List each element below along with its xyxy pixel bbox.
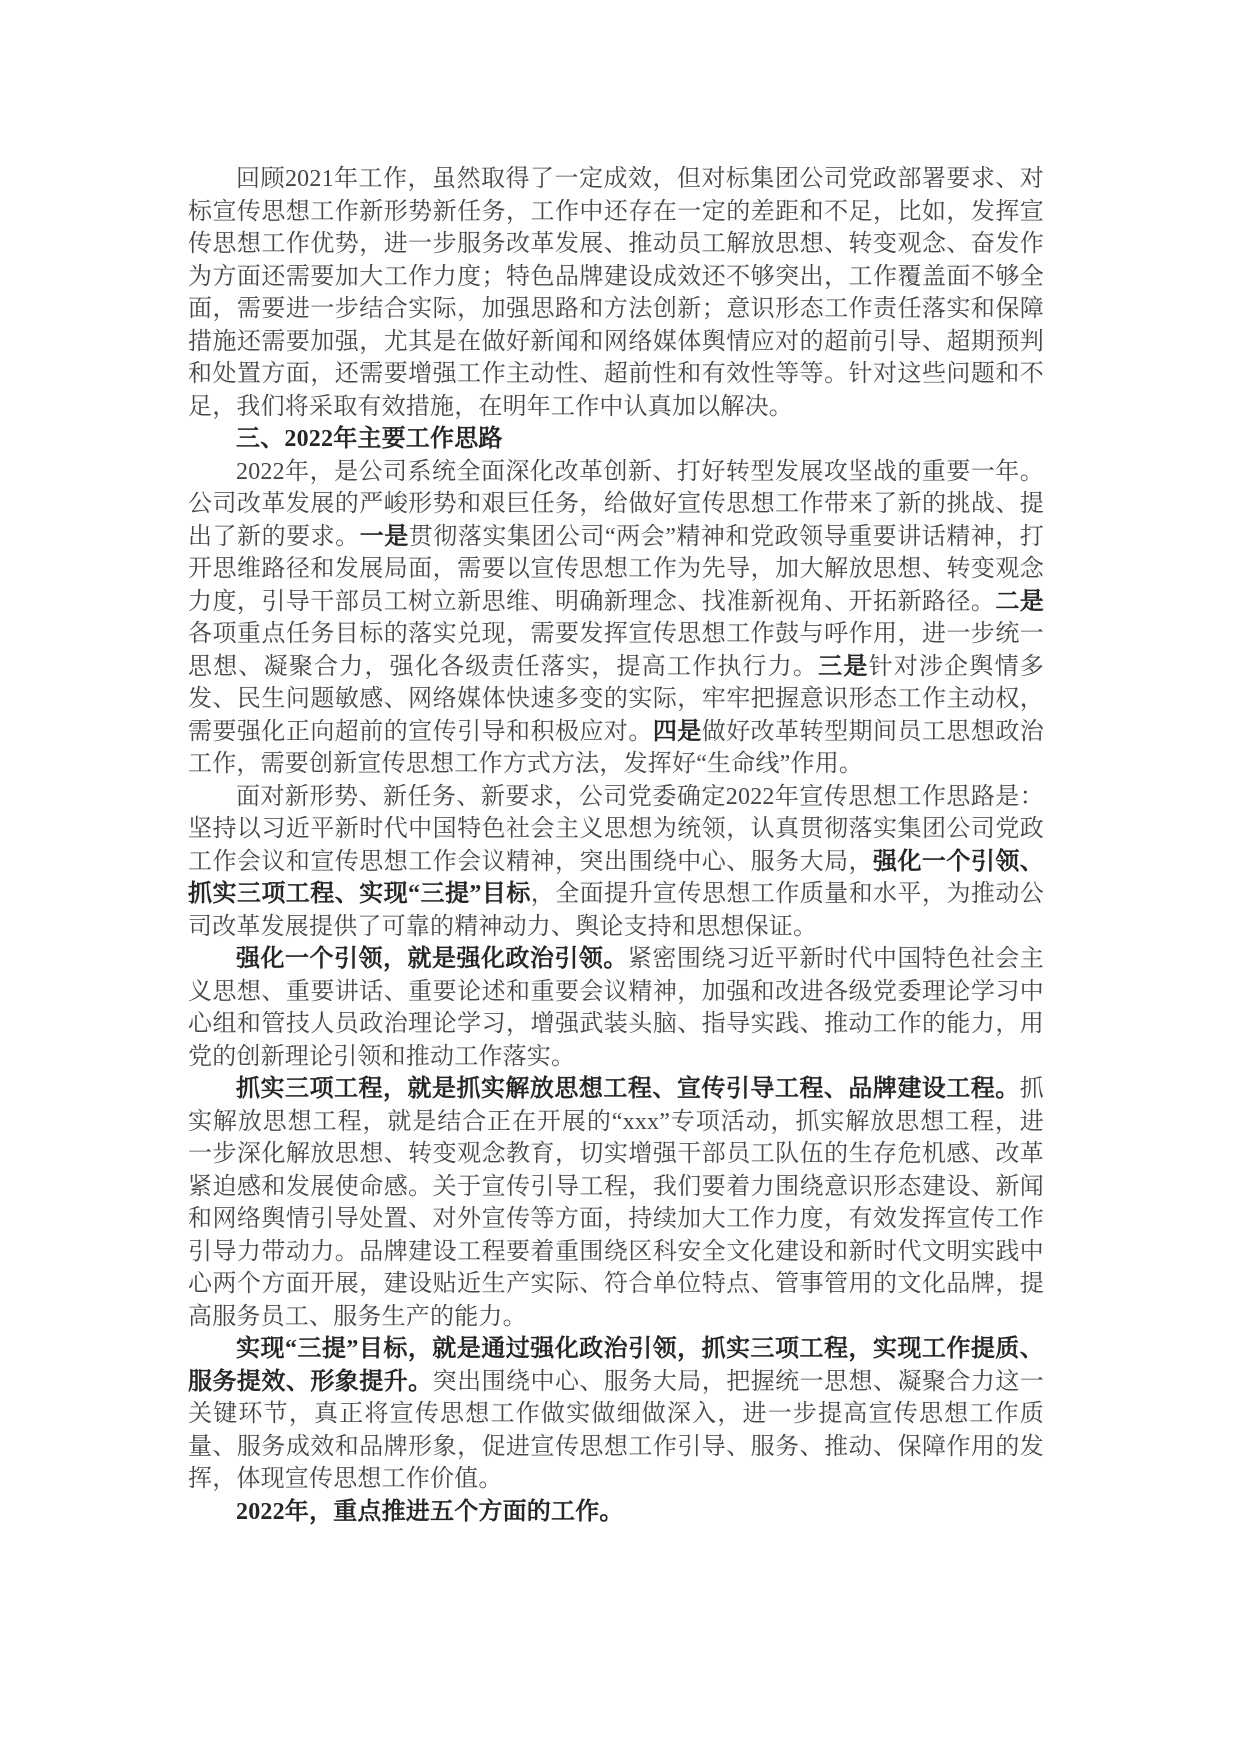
text-segment: 抓实解放思想工程，就是结合正在开展的“xxx”专项活动，抓实解放思想工程，进一步… — [188, 1076, 1044, 1330]
paragraph-review-2021: 回顾2021年工作，虽然取得了一定成效，但对标集团公司党政部署要求、对标宣传思想… — [188, 163, 1044, 423]
bold-text-segment: 强化一个引领，就是强化政治引领。 — [236, 946, 628, 972]
bold-text-segment: 抓实三项工程，就是抓实解放思想工程、宣传引导工程、品牌建设工程。 — [236, 1076, 1020, 1102]
bold-text-segment: 二是 — [995, 589, 1044, 615]
text-segment: 回顾2021年工作，虽然取得了一定成效，但对标集团公司党政部署要求、对标宣传思想… — [188, 166, 1044, 420]
bold-text-segment: 2022年，重点推进五个方面的工作。 — [236, 1499, 624, 1525]
document-text-block: 回顾2021年工作，虽然取得了一定成效，但对标集团公司党政部署要求、对标宣传思想… — [188, 163, 1044, 1528]
paragraph-strengthen-leadership: 强化一个引领，就是强化政治引领。紧密围绕习近平新时代中国特色社会主义思想、重要讲… — [188, 943, 1044, 1073]
document-page: 回顾2021年工作，虽然取得了一定成效，但对标集团公司党政部署要求、对标宣传思想… — [0, 0, 1240, 1754]
bold-text-segment: 一是 — [360, 524, 409, 550]
heading-section-three: 三、2022年主要工作思路 — [188, 423, 1044, 456]
paragraph-three-improvements: 实现“三提”目标，就是通过强化政治引领，抓实三项工程，实现工作提质、服务提效、形… — [188, 1333, 1044, 1496]
bold-text-segment: 三是 — [818, 654, 868, 680]
bold-text-segment: 四是 — [653, 719, 702, 745]
paragraph-work-ideas: 面对新形势、新任务、新要求，公司党委确定2022年宣传思想工作思路是：坚持以习近… — [188, 781, 1044, 944]
paragraph-2022-outlook: 2022年，是公司系统全面深化改革创新、打好转型发展攻坚战的重要一年。公司改革发… — [188, 456, 1044, 781]
paragraph-three-projects: 抓实三项工程，就是抓实解放思想工程、宣传引导工程、品牌建设工程。抓实解放思想工程… — [188, 1073, 1044, 1333]
paragraph-five-key-tasks: 2022年，重点推进五个方面的工作。 — [188, 1496, 1044, 1529]
bold-text-segment: 三、2022年主要工作思路 — [236, 426, 503, 452]
